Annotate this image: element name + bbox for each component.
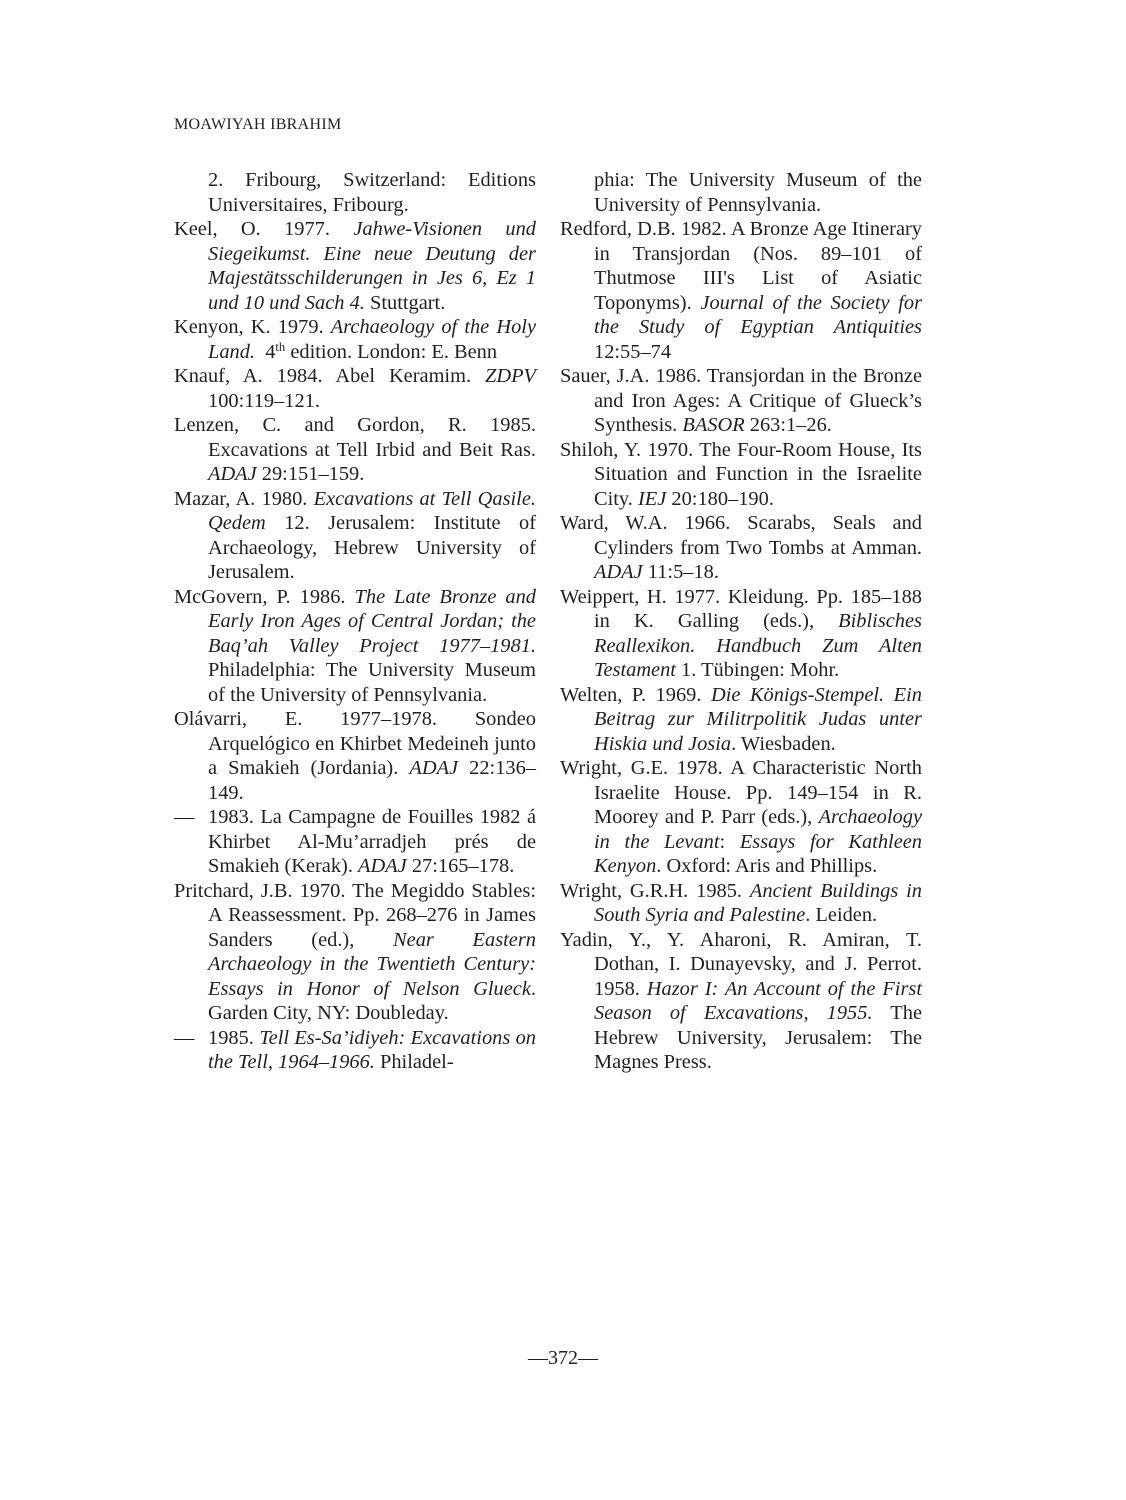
bib-entry-welten: Welten, P. 1969. Die Königs-Stempel. Ein… bbox=[560, 683, 922, 757]
bib-entry-pritchard-1985: —1985. Tell Es-Sa’idiyeh: Excavations on… bbox=[174, 1026, 536, 1075]
bib-entry-keel: Keel, O. 1977. Jahwe-Visionen und Siegei… bbox=[174, 217, 536, 315]
entry-text: 12:55–74 bbox=[594, 341, 671, 363]
bib-entry-continuation: phia: The University Museum of the Unive… bbox=[560, 168, 922, 217]
bib-entry-kenyon: Kenyon, K. 1979. Archaeology of the Holy… bbox=[174, 315, 536, 364]
entry-text: Lenzen, C. and Gordon, R. 1985. Excavati… bbox=[174, 414, 536, 461]
bib-entry-redford: Redford, D.B. 1982. A Bronze Age Itinera… bbox=[560, 217, 922, 364]
bib-entry-yadin: Yadin, Y., Y. Aharoni, R. Amiran, T. Dot… bbox=[560, 928, 922, 1075]
entry-text: phia: The University Museum of the Unive… bbox=[594, 169, 922, 216]
entry-text: Kenyon, K. 1979. bbox=[174, 316, 331, 338]
entry-text: Mazar, A. 1980. bbox=[174, 488, 314, 510]
entry-text: 2. Fribourg, Switzerland: Editions Unive… bbox=[208, 169, 536, 216]
entry-text: 1985. bbox=[208, 1027, 259, 1049]
bib-entry-ward: Ward, W.A. 1966. Scarabs, Seals and Cyli… bbox=[560, 511, 922, 585]
entry-journal: ZDPV bbox=[485, 365, 536, 387]
entry-text: Welten, P. 1969. bbox=[560, 684, 711, 706]
entry-journal: ADAJ bbox=[409, 757, 458, 779]
bib-entry-weippert: Weippert, H. 1977. Kleidung. Pp. 185–188… bbox=[560, 585, 922, 683]
entry-text: : bbox=[720, 831, 740, 853]
bib-entry-mcgovern: McGovern, P. 1986. The Late Bronze and E… bbox=[174, 585, 536, 708]
entry-text: Stuttgart. bbox=[365, 292, 445, 314]
entry-text: Keel, O. 1977. bbox=[174, 218, 353, 240]
bib-entry-wright-ge: Wright, G.E. 1978. A Characteristic Nort… bbox=[560, 756, 922, 879]
ditto-dash: — bbox=[174, 805, 194, 830]
entry-text: Philadelphia: The University Museum of t… bbox=[208, 659, 536, 706]
bib-entry-lenzen: Lenzen, C. and Gordon, R. 1985. Excavati… bbox=[174, 413, 536, 487]
entry-text: 4 bbox=[255, 341, 275, 363]
bib-entry-knauf: Knauf, A. 1984. Abel Keramim. ZDPV 100:1… bbox=[174, 364, 536, 413]
entry-text: . Oxford: Aris and Phillips. bbox=[656, 855, 877, 877]
entry-journal: ADAJ bbox=[208, 463, 257, 485]
entry-text: Ward, W.A. 1966. Scarabs, Seals and Cyli… bbox=[560, 512, 922, 559]
entry-text: 27:165–178. bbox=[407, 855, 515, 877]
entry-journal: ADAJ bbox=[358, 855, 407, 877]
running-head: MOAWIYAH IBRAHIM bbox=[174, 116, 342, 134]
entry-journal: ADAJ bbox=[594, 561, 643, 583]
entry-text: 20:180–190. bbox=[666, 488, 774, 510]
entry-text: 263:1–26. bbox=[745, 414, 832, 436]
ditto-dash: — bbox=[174, 1026, 194, 1051]
superscript: th bbox=[275, 340, 285, 354]
entry-text: 11:5–18. bbox=[643, 561, 719, 583]
entry-journal: BASOR bbox=[682, 414, 744, 436]
entry-text: Wright, G.R.H. 1985. bbox=[560, 880, 750, 902]
entry-text: 100:119–121. bbox=[208, 390, 320, 412]
bib-entry-olavarri-1983: —1983. La Campagne de Fouilles 1982 á Kh… bbox=[174, 805, 536, 879]
entry-text: Knauf, A. 1984. Abel Keramim. bbox=[174, 365, 485, 387]
bib-entry-mazar: Mazar, A. 1980. Excavations at Tell Qasi… bbox=[174, 487, 536, 585]
entry-text: 1. Tübingen: Mohr. bbox=[676, 659, 839, 681]
entry-journal: IEJ bbox=[638, 488, 666, 510]
entry-text: edition. London: E. Benn bbox=[285, 341, 497, 363]
bibliography-column-left: 2. Fribourg, Switzerland: Editions Unive… bbox=[174, 168, 536, 1075]
entry-text: 29:151–159. bbox=[257, 463, 365, 485]
entry-text: McGovern, P. 1986. bbox=[174, 586, 355, 608]
page-number: —372— bbox=[0, 1347, 1126, 1370]
bib-entry-wright-grh: Wright, G.R.H. 1985. Ancient Buildings i… bbox=[560, 879, 922, 928]
entry-text: . Leiden. bbox=[805, 904, 877, 926]
bib-entry-olavarri: Olávarri, E. 1977–1978. Sondeo Arquelógi… bbox=[174, 707, 536, 805]
bib-entry-sauer: Sauer, J.A. 1986. Transjordan in the Bro… bbox=[560, 364, 922, 438]
bib-entry-shiloh: Shiloh, Y. 1970. The Four-Room House, It… bbox=[560, 438, 922, 512]
bibliography-column-right: phia: The University Museum of the Unive… bbox=[560, 168, 922, 1075]
entry-text: . Wiesbaden. bbox=[731, 733, 836, 755]
entry-text: Philadel- bbox=[375, 1051, 454, 1073]
bib-entry-continuation: 2. Fribourg, Switzerland: Editions Unive… bbox=[174, 168, 536, 217]
bib-entry-pritchard: Pritchard, J.B. 1970. The Megiddo Stable… bbox=[174, 879, 536, 1026]
